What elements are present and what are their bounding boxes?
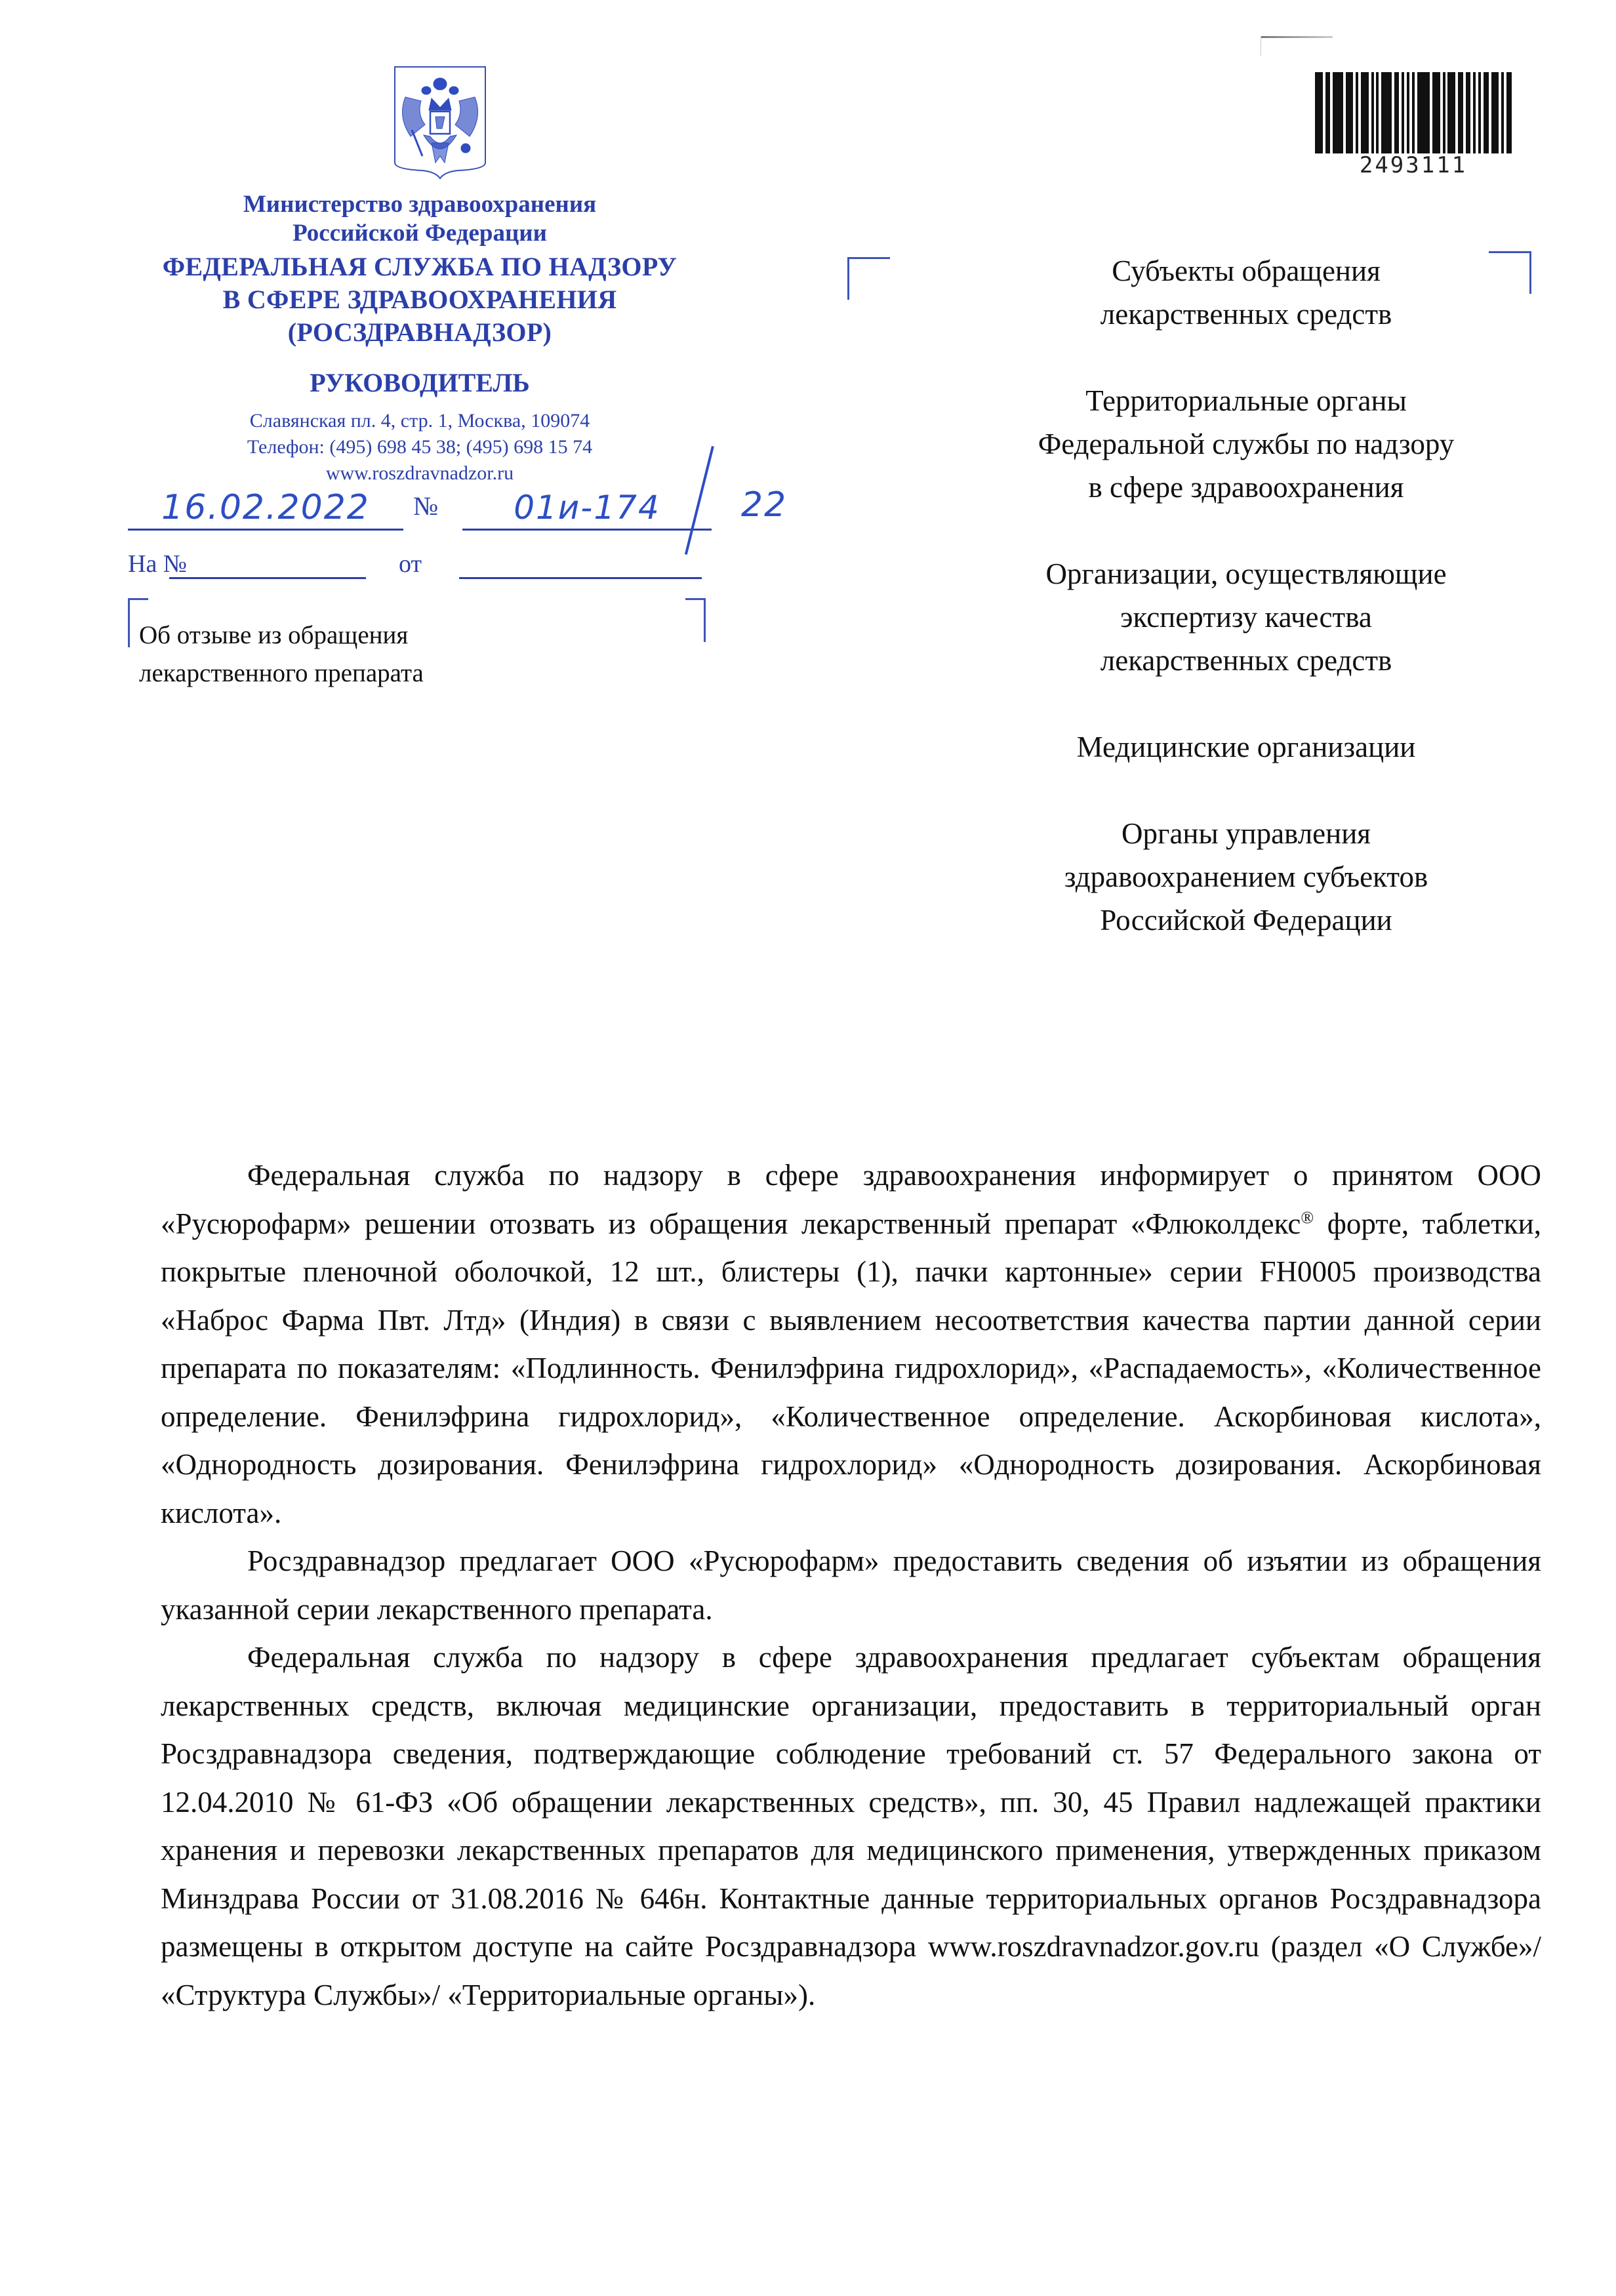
scan-edge-mark: [1261, 36, 1261, 56]
subject-line: лекарственного препарата: [139, 655, 424, 693]
reply-from-label: от: [399, 550, 422, 578]
reply-to-label: На №: [128, 550, 187, 578]
registration-number: 01и-174: [462, 487, 712, 531]
body-paragraph: Федеральная служба по надзору в сфере зд…: [161, 1152, 1541, 1537]
barcode-number: 2493111: [1315, 152, 1512, 178]
registration-number-suffix: 22: [741, 485, 787, 525]
ministry-line: Министерство здравоохранения: [118, 190, 721, 219]
number-sign: №: [413, 491, 438, 521]
recipient-line: Территориальные органы: [905, 379, 1587, 422]
ministry-name: Министерство здравоохранения Российской …: [118, 190, 721, 248]
recipient-group: Медицинские организации: [905, 725, 1587, 769]
recipient-line: Федеральной службы по надзору: [905, 422, 1587, 466]
contact-block: Славянская пл. 4, стр. 1, Москва, 109074…: [118, 408, 721, 487]
phone-numbers: Телефон: (495) 698 45 38; (495) 698 15 7…: [118, 434, 721, 460]
recipient-line: Субъекты обращения: [905, 249, 1587, 292]
recipient-line: экспертизу качества: [905, 595, 1587, 639]
recipient-line: Организации, осуществляющие: [905, 552, 1587, 595]
service-name: ФЕДЕРАЛЬНАЯ СЛУЖБА ПО НАДЗОРУ В СФЕРЕ ЗД…: [118, 251, 721, 349]
subject-bracket-right: [685, 598, 706, 642]
postal-address: Славянская пл. 4, стр. 1, Москва, 109074: [118, 408, 721, 434]
registration-date: 16.02.2022: [128, 487, 403, 531]
reply-to-number-field: [169, 577, 366, 579]
paragraph-text: форте, таблетки, покрытые пленочной обол…: [161, 1207, 1541, 1529]
recipient-bracket-left: [847, 257, 890, 300]
recipient-group: Территориальные органы Федеральной служб…: [905, 379, 1587, 509]
recipient-line: лекарственных средств: [905, 292, 1587, 336]
website-link[interactable]: www.roszdravnadzor.ru: [118, 460, 721, 487]
ministry-line: Российской Федерации: [118, 219, 721, 248]
registered-trademark-mark: ®: [1301, 1208, 1314, 1227]
recipients-block: Субъекты обращения лекарственных средств…: [905, 249, 1587, 985]
service-line: ФЕДЕРАЛЬНАЯ СЛУЖБА ПО НАДЗОРУ: [118, 251, 721, 283]
recipient-group: Органы управления здравоохранением субъе…: [905, 812, 1587, 942]
service-line: В СФЕРЕ ЗДРАВООХРАНЕНИЯ: [118, 283, 721, 316]
recipient-line: Органы управления: [905, 812, 1587, 855]
service-line: (РОСЗДРАВНАДЗОР): [118, 316, 721, 349]
subject-line: Об отзыве из обращения: [139, 616, 424, 655]
recipient-line: в сфере здравоохранения: [905, 466, 1587, 509]
body-paragraph: Федеральная служба по надзору в сфере зд…: [161, 1634, 1541, 2019]
recipient-group: Субъекты обращения лекарственных средств: [905, 249, 1587, 336]
head-title: РУКОВОДИТЕЛЬ: [118, 367, 721, 398]
body-paragraph: Росздравнадзор предлагает ООО «Русюрофар…: [161, 1537, 1541, 1634]
barcode-icon: [1315, 72, 1512, 153]
recipient-group: Организации, осуществляющие экспертизу к…: [905, 552, 1587, 682]
russian-coat-of-arms-icon: [392, 64, 488, 180]
recipient-line: Российской Федерации: [905, 898, 1587, 942]
recipient-line: здравоохранением субъектов: [905, 855, 1587, 898]
letter-body: Федеральная служба по надзору в сфере зд…: [161, 1152, 1541, 2019]
subject: Об отзыве из обращения лекарственного пр…: [139, 616, 424, 693]
recipient-line: лекарственных средств: [905, 639, 1587, 682]
reply-from-date-field: [459, 577, 702, 579]
scan-edge-mark: [1261, 36, 1333, 38]
recipient-line: Медицинские организации: [905, 725, 1587, 769]
